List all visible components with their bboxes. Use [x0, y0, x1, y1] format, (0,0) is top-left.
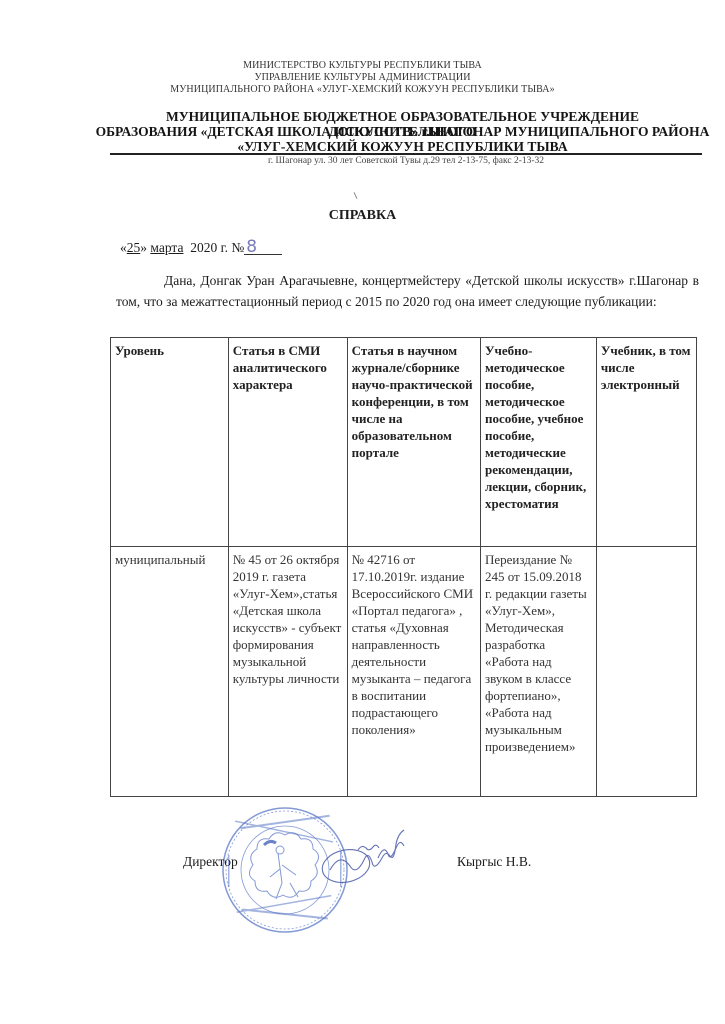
cell-media-article: № 45 от 26 октября 2019 г. газета «Улуг-…: [228, 547, 347, 797]
document-title: СПРАВКА: [0, 208, 725, 224]
table-row: муниципальный № 45 от 26 октября 2019 г.…: [111, 547, 697, 797]
header-textbook: Учебник, в том числе электронный: [596, 338, 696, 547]
ministry-line-3: МУНИЦИПАЛЬНОГО РАЙОНА «УЛУГ-ХЕМСКИЙ КОЖУ…: [0, 84, 725, 96]
date-year: 2020 г. №: [187, 240, 244, 255]
header-level: Уровень: [111, 338, 229, 547]
letterhead-divider: [110, 153, 702, 155]
date-month: марта: [150, 240, 183, 255]
address-line: г. Шагонар ул. 30 лет Советской Тувы д.2…: [110, 156, 702, 166]
date-day: 25: [127, 240, 141, 255]
table-header-row: Уровень Статья в СМИ аналитического хара…: [111, 338, 697, 547]
cell-journal-article: № 42716 от 17.10.2019г. издание Всеросси…: [347, 547, 480, 797]
cell-methodical-manual: Переиздание № 245 от 15.09.2018 г. редак…: [480, 547, 596, 797]
body-paragraph: Дана, Донгак Уран Арагачыевне, концертме…: [116, 270, 699, 312]
header-journal-article: Статья в научном журнале/сборнике научо-…: [347, 338, 480, 547]
date-close-quote: »: [140, 240, 147, 255]
ministry-line-2: УПРАВЛЕНИЕ КУЛЬТУРЫ АДМИНИСТРАЦИИ: [0, 72, 725, 84]
header-media-article: Статья в СМИ аналитического характера: [228, 338, 347, 547]
date-open-quote: «: [120, 240, 127, 255]
ministry-line-1: МИНИСТЕРСТВО КУЛЬТУРЫ РЕСПУБЛИКИ ТЫВА: [0, 60, 725, 72]
publications-table: Уровень Статья в СМИ аналитического хара…: [110, 337, 697, 797]
organization-line-2: ОБРАЗОВАНИЯ «ДЕТСКАЯ ШКОЛА ИСКУССТВ» г.Ш…: [95, 124, 710, 139]
signature-icon: [318, 828, 408, 888]
date-line: «25» марта 2020 г. №8: [120, 240, 282, 256]
cell-level: муниципальный: [111, 547, 229, 797]
signer-name: Кыргыс Н.В.: [457, 854, 531, 870]
cell-textbook: [596, 547, 696, 797]
organization-line-3: «УЛУГ-ХЕМСКИЙ КОЖУУН РЕСПУБЛИКИ ТЫВА: [95, 139, 710, 154]
body-text: Дана, Донгак Уран Арагачыевне, концертме…: [116, 273, 699, 309]
document-number: 8: [244, 240, 282, 255]
header-methodical-manual: Учебно-методическое пособие, методическо…: [480, 338, 596, 547]
scan-mark: [354, 192, 358, 199]
signer-position: Директор: [183, 854, 238, 870]
